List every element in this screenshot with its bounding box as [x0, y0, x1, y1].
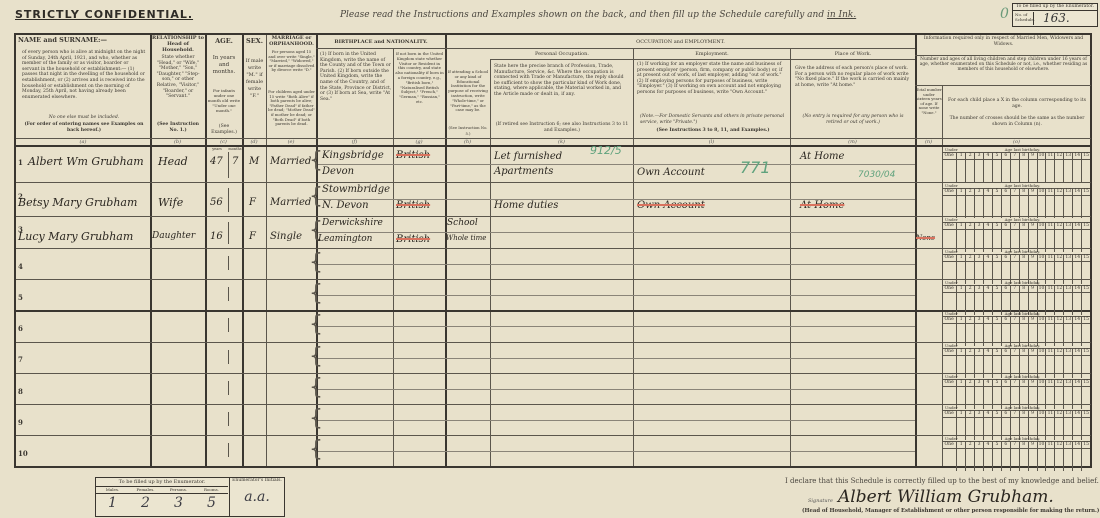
row-number: 8 [18, 387, 23, 396]
header-total-children: Total number under sixteen years of age.… [916, 88, 942, 116]
header-marriage-body: For persons aged 15 and over write "Sing… [268, 50, 315, 73]
row1-nationality: British [396, 150, 430, 161]
row3-birthplace-county: Derwickshire [322, 218, 383, 228]
brace: { [309, 439, 323, 461]
signature-label: Signature [808, 498, 833, 504]
row-divider [16, 182, 1091, 183]
age-grid-header: One123456789101112131415 [942, 254, 1090, 261]
confidential-heading: STRICTLY CONFIDENTIAL. [15, 8, 193, 21]
brace: { [309, 346, 323, 368]
header-married-info-body: Number and ages of all living children a… [918, 57, 1089, 73]
sub-divider [318, 389, 915, 390]
row3-total-children: None [916, 234, 935, 242]
age-split [228, 222, 229, 244]
row-number: 10 [18, 449, 28, 458]
header-employment-see: (See Instructions 3 to 8, 11, and Exampl… [640, 128, 786, 134]
row1-employment-code: 771 [740, 158, 771, 177]
divider [266, 35, 267, 466]
header-personal-occupation: Personal Occupation. [491, 51, 633, 58]
row1-sex: M [249, 156, 259, 167]
divider [16, 145, 1091, 147]
age-split [228, 381, 229, 395]
brace: { [309, 314, 323, 336]
row2-name: Betsy Mary Grubham [18, 196, 137, 209]
col-letter-g: (g) [393, 139, 445, 145]
row1-place-code: 7030/04 [858, 170, 895, 180]
row2-age-years: 56 [210, 197, 223, 208]
age-split [228, 412, 229, 426]
sub-divider [318, 420, 915, 421]
row1-age-months: 7 [232, 156, 238, 167]
header-age-note: (See Examples.) [207, 124, 241, 135]
header-birthplace: BIRTHPLACE and NATIONALITY. [317, 39, 445, 46]
header-education: If attending a School or any kind of Edu… [446, 70, 490, 113]
children-age-grid: UnderAge last birthday.One12345678910111… [942, 374, 1090, 409]
header-marriage-children: For children aged under 15 write "Both A… [268, 90, 315, 127]
brace: { [309, 408, 323, 430]
sub-divider [318, 164, 915, 165]
signature: Albert William Grubham. [838, 487, 1054, 507]
age-split [228, 256, 229, 270]
row-divider [16, 404, 1091, 405]
males-count: 1 [96, 495, 129, 511]
row1-birthplace-county: Kingsbridge [322, 150, 384, 161]
header-employment-note: (Note.—For Domestic Servants and others … [640, 114, 786, 125]
header-age-infants: For infants under one month old write "U… [207, 88, 241, 113]
col-letter-l: (l) [633, 139, 790, 145]
col-letter-h: (h) [445, 139, 490, 145]
divider [915, 85, 1091, 86]
header-birthplace-county: (1) If born in the United Kingdom, write… [320, 52, 392, 102]
header-crosses-note: The number of crosses should be the same… [946, 116, 1088, 127]
age-split [228, 188, 229, 212]
persons-count: 3 [162, 495, 195, 511]
header-name-note: No one else must be included. [22, 115, 146, 121]
age-grid-cells [942, 195, 1090, 218]
row-divider [16, 435, 1091, 436]
header-nationality: If not born in the United Kingdom state … [395, 52, 444, 105]
age-grid-header: One123456789101112131415 [942, 222, 1090, 229]
col-letter-n: (n) [915, 139, 942, 145]
age-grid-header: One123456789101112131415 [942, 348, 1090, 355]
row1-employment: Own Account [637, 167, 705, 178]
row-number: 4 [18, 262, 23, 271]
row1-occupation-code: 912/5 [590, 144, 622, 157]
row3-age-years: 16 [210, 231, 223, 242]
brace: { [309, 377, 323, 399]
children-age-grid: UnderAge last birthday.One12345678910111… [942, 217, 1090, 252]
header-marriage: MARRIAGE or ORPHANHOOD. [267, 35, 316, 47]
females-count: 2 [129, 495, 162, 511]
header-married-info: Information required only in respect of … [916, 36, 1091, 47]
age-grid-header: One123456789101112131415 [942, 316, 1090, 323]
row2-place-of-work: At Home [800, 200, 844, 211]
header-name-order: (For order of entering names see Example… [22, 122, 146, 133]
row1-age-years: 47 [210, 156, 223, 167]
header-age-body: In years and months. [207, 55, 241, 76]
header-sex-body: If male write "M." if female write "F." [244, 58, 265, 100]
signature-note: (Head of Household, Manager of Establish… [802, 508, 1099, 514]
children-age-grid: UnderAge last birthday.One12345678910111… [942, 405, 1090, 440]
children-age-grid: UnderAge last birthday.One12345678910111… [942, 280, 1090, 315]
rooms-count: 5 [195, 495, 228, 511]
row3-education: School [447, 218, 478, 228]
age-months-label: months [228, 147, 242, 153]
col-letter-m: (m) [790, 139, 915, 145]
sub-divider [318, 358, 915, 359]
divider [316, 48, 445, 49]
row3-name: Lucy Mary Grubham [18, 230, 133, 243]
brace: { [309, 252, 323, 274]
row1-birthplace-town: Devon [322, 166, 354, 177]
declaration: I declare that this Schedule is correctl… [785, 477, 1099, 485]
children-age-grid: UnderAge last birthday.One12345678910111… [942, 183, 1090, 218]
header-place-of-work-body: Give the address of each person's place … [795, 66, 911, 88]
children-age-grid: UnderAge last birthday.One12345678910111… [942, 311, 1090, 346]
row-divider [16, 248, 1091, 249]
enumerator-initials: Enumerator's Initials. a.a. [229, 478, 284, 516]
schedule-box-title: To be filled up by the Enumerator. [1013, 4, 1097, 11]
header-personal-occupation-note: (If retired see Instruction 6; see also … [494, 122, 630, 133]
females-label: Females. [129, 486, 162, 494]
col-letter-e: (e) [266, 139, 316, 145]
sub-divider [318, 451, 915, 452]
age-split [228, 287, 229, 301]
row3-birthplace-town: Leamington [318, 234, 372, 244]
row-number: 7 [18, 355, 23, 364]
row1-occupation-line2: Apartments [494, 166, 553, 177]
children-age-grid: UnderAge last birthday.One12345678910111… [942, 249, 1090, 284]
persons-label: Persons. [162, 486, 195, 494]
row1-place-of-work: At Home [800, 151, 844, 162]
age-years-label: years [206, 147, 228, 153]
instructions-ink: in Ink. [827, 10, 856, 20]
pencil-mark: 0 [1000, 6, 1009, 22]
header-relationship: RELATIONSHIP to Head of Household. [151, 35, 205, 53]
col-letter-f: (f) [316, 139, 393, 145]
children-age-grid: UnderAge last birthday.One12345678910111… [942, 343, 1090, 378]
row2-birthplace-town: N. Devon [322, 200, 369, 211]
header-name: NAME and SURNAME:— [18, 37, 148, 44]
schedule-number: 163. [1043, 11, 1070, 25]
divider [445, 48, 915, 49]
age-grid-cells [942, 448, 1090, 471]
age-grid-header: One123456789101112131415 [942, 188, 1090, 195]
row3-education-line2: Whole time [446, 234, 486, 242]
row2-sex: F [249, 197, 256, 208]
row-divider [16, 310, 1091, 312]
header-employment-body: (1) If working for an employer state the… [637, 62, 787, 96]
age-grid-header: One123456789101112131415 [942, 379, 1090, 386]
header-name-body: of every person who is alive at midnight… [22, 50, 146, 100]
instructions-text: Please read the Instructions and Example… [340, 10, 827, 20]
sub-divider [318, 295, 915, 296]
row2-employment: Own Account [637, 200, 705, 211]
row-divider [16, 216, 1091, 217]
col-letter-b: (b) [150, 139, 205, 145]
males-label: Males. [96, 486, 129, 494]
col-letter-a: (a) [16, 139, 150, 145]
header-occupation-group: OCCUPATION and EMPLOYMENT. [446, 39, 915, 46]
children-age-grid: UnderAge last birthday.One12345678910111… [942, 147, 1090, 182]
row3-sex: F [249, 231, 256, 242]
row2-occupation: Home duties [494, 200, 558, 211]
row-number: 6 [18, 324, 23, 333]
row3-nationality: British [396, 234, 430, 245]
header-place-of-work: Place of Work. [791, 51, 915, 58]
header-age: AGE. [206, 38, 242, 45]
divider [490, 59, 915, 60]
age-grid-header: One123456789101112131415 [942, 285, 1090, 292]
rooms-label: Rooms. [195, 486, 228, 494]
row-divider [16, 373, 1091, 374]
col-letter-d: (d) [242, 139, 266, 145]
header-cross-instruction: For each child place a X in the column c… [946, 98, 1088, 109]
age-grid-header: One123456789101112131415 [942, 441, 1090, 448]
sub-divider [318, 264, 915, 265]
header-relationship-note: (See Instruction No. 1.) [152, 122, 204, 133]
schedule-number-box: To be filled up by the Enumerator. No. o… [1012, 3, 1098, 27]
age-grid-header: One123456789101112131415 [942, 152, 1090, 159]
age-split [228, 318, 229, 332]
age-grid-header: One123456789101112131415 [942, 410, 1090, 417]
row2-relationship: Wife [158, 196, 183, 209]
enumerator-box: To be filled up by the Enumerator. Males… [95, 477, 285, 517]
header-education-note: (See Instruction No. 5.) [446, 125, 490, 136]
age-split [228, 152, 229, 178]
col-letter-o: (o) [942, 139, 1091, 145]
children-age-grid: UnderAge last birthday.One12345678910111… [942, 436, 1090, 471]
instructions-line: Please read the Instructions and Example… [340, 10, 856, 20]
age-split [228, 443, 229, 457]
row1-marriage: Married [270, 156, 311, 167]
row-number: 1 [18, 158, 23, 167]
header-place-of-work-note: (No entry is required for any person who… [795, 114, 911, 125]
row2-birthplace-county: Stowmbridge [322, 184, 390, 195]
row1-name: Albert Wm Grubham [28, 155, 144, 168]
divider [915, 55, 1091, 56]
initials-label: Enumerator's Initials. [230, 478, 284, 483]
row3-marriage: Single [270, 231, 302, 242]
age-grid-cells [942, 159, 1090, 182]
brace: { [309, 283, 323, 305]
sub-divider [318, 326, 915, 327]
header-employment: Employment. [634, 51, 790, 58]
header-sex: SEX. [243, 38, 266, 45]
header-relationship-body: State whether "Head," or "Wife," "Mother… [152, 55, 204, 100]
row-divider [16, 279, 1091, 280]
col-letter-c: (c) [205, 139, 242, 145]
schedule-box-label: No. of Schedule. [1015, 12, 1034, 25]
initials-value: a.a. [230, 489, 284, 505]
row2-nationality: British [396, 200, 430, 211]
row1-occupation: Let furnished [494, 151, 562, 162]
header-personal-occupation-body: State here the precise branch of Profess… [494, 64, 630, 98]
row2-marriage: Married [270, 197, 311, 208]
row-divider [16, 342, 1091, 343]
sub-divider [318, 232, 915, 233]
row1-relationship: Head [158, 155, 188, 168]
age-split [228, 350, 229, 364]
row-number: 9 [18, 418, 23, 427]
row3-relationship: Daughter [152, 231, 195, 241]
row-number: 5 [18, 293, 23, 302]
